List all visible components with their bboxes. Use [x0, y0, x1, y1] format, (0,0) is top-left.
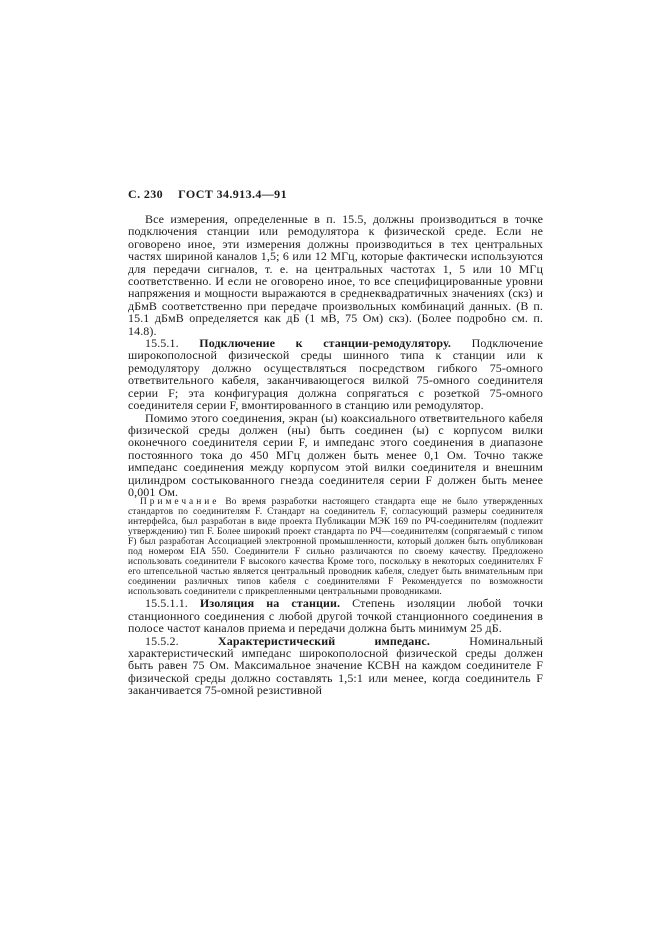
running-header: С. 230 ГОСТ 34.913.4—91	[128, 187, 543, 202]
text-run: Помимо этого соединения, экран (ы) коакс…	[128, 411, 543, 499]
paragraph-6: 15.5.2. Характеристический импеданс. Ном…	[128, 635, 543, 697]
paragraph-4: ПримечаниеВо время разработки настоящего…	[128, 498, 543, 597]
paragraph-1: Все измерения, определенные в п. 15.5, д…	[128, 213, 543, 337]
text-column: С. 230 ГОСТ 34.913.4—91 Все измерения, о…	[128, 187, 543, 697]
paragraph-3: Помимо этого соединения, экран (ы) коакс…	[128, 412, 543, 499]
text-run: Во время разработки настоящего стандарта…	[128, 497, 543, 596]
text-run: Примечание	[140, 497, 219, 507]
text-run: Все измерения, определенные в п. 15.5, д…	[128, 212, 543, 338]
page-number: С. 230	[128, 187, 163, 202]
paragraph-5: 15.5.1.1. Изоляция на станции. Степень и…	[128, 597, 543, 634]
standard-number: ГОСТ 34.913.4—91	[178, 187, 287, 202]
document-body: Все измерения, определенные в п. 15.5, д…	[128, 213, 543, 697]
scanned-document-page: С. 230 ГОСТ 34.913.4—91 Все измерения, о…	[0, 0, 661, 935]
paragraph-2: 15.5.1. Подключение к станции-ремодулято…	[128, 337, 543, 411]
